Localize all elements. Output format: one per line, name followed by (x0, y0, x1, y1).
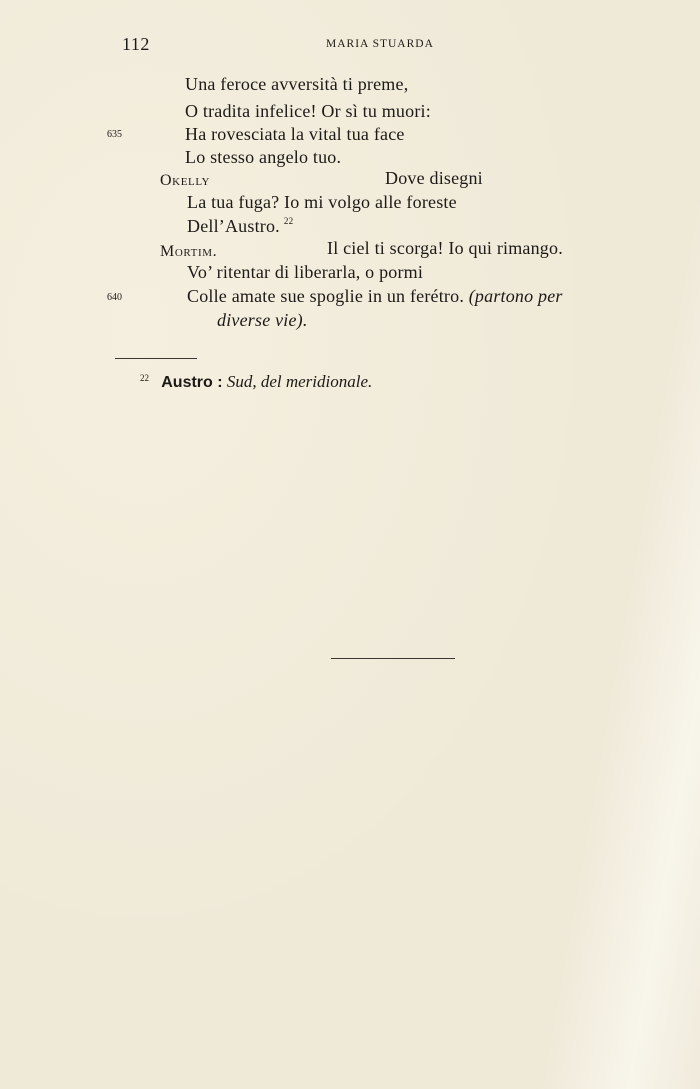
verse-text: Una feroce avversità ti preme, (185, 74, 408, 94)
verse-text: Ha rovesciata la vital tua face (185, 124, 405, 144)
verse-line: Ha rovesciata la vital tua face (185, 124, 405, 145)
verse-text: O tradita infelice! Or sì tu muori: (185, 101, 431, 121)
page-number: 112 (122, 34, 150, 55)
footnote-number: 22 (140, 373, 149, 383)
verse-line: Colle amate sue spoglie in un ferétro. (… (187, 286, 563, 307)
verse-text: Colle amate sue spoglie in un ferétro. (187, 286, 464, 306)
verse-text: Lo stesso angelo tuo. (185, 147, 341, 167)
speaker-name: Mortim. (160, 243, 217, 261)
verse-line: O tradita infelice! Or sì tu muori: (185, 101, 431, 122)
line-number: 640 (107, 292, 122, 303)
verse-line: diverse vie). (217, 310, 308, 331)
running-head: 112 MARIA STUARDA (0, 34, 700, 58)
verse-text: Dell’Austro. (187, 216, 280, 236)
verse-line: Il ciel ti scorga! Io qui rimango. (327, 238, 563, 259)
verse-line: Vo’ ritentar di liberarla, o pormi (187, 262, 423, 283)
stage-direction: (partono per (469, 286, 563, 306)
book-page: 112 MARIA STUARDA Una feroce avversità t… (0, 0, 700, 1089)
verse-text: Dove disegni (385, 168, 483, 188)
verse-text: Il ciel ti scorga! Io qui rimango. (327, 238, 563, 258)
end-of-act-rule (331, 658, 455, 659)
verse-text: Vo’ ritentar di liberarla, o pormi (187, 262, 423, 282)
verse-line: La tua fuga? Io mi volgo alle foreste (187, 192, 457, 213)
running-title: MARIA STUARDA (326, 38, 434, 50)
footnote-term: Austro : (161, 374, 222, 391)
stage-direction: diverse vie). (217, 310, 308, 330)
footnote: 22 Austro : Sud, del meridionale. (140, 372, 372, 392)
verse-text: La tua fuga? Io mi volgo alle foreste (187, 192, 457, 212)
footnote-definition: Sud, del meridionale. (227, 372, 372, 391)
verse-line: Una feroce avversità ti preme, (185, 74, 408, 95)
verse-line: Dell’Austro.22 (187, 216, 293, 237)
line-number: 635 (107, 129, 122, 140)
speaker-name: Okelly (160, 172, 210, 190)
footnote-reference[interactable]: 22 (284, 216, 293, 226)
footnote-divider (115, 358, 197, 359)
verse-line: Dove disegni (385, 168, 483, 189)
verse-line: Lo stesso angelo tuo. (185, 147, 341, 168)
